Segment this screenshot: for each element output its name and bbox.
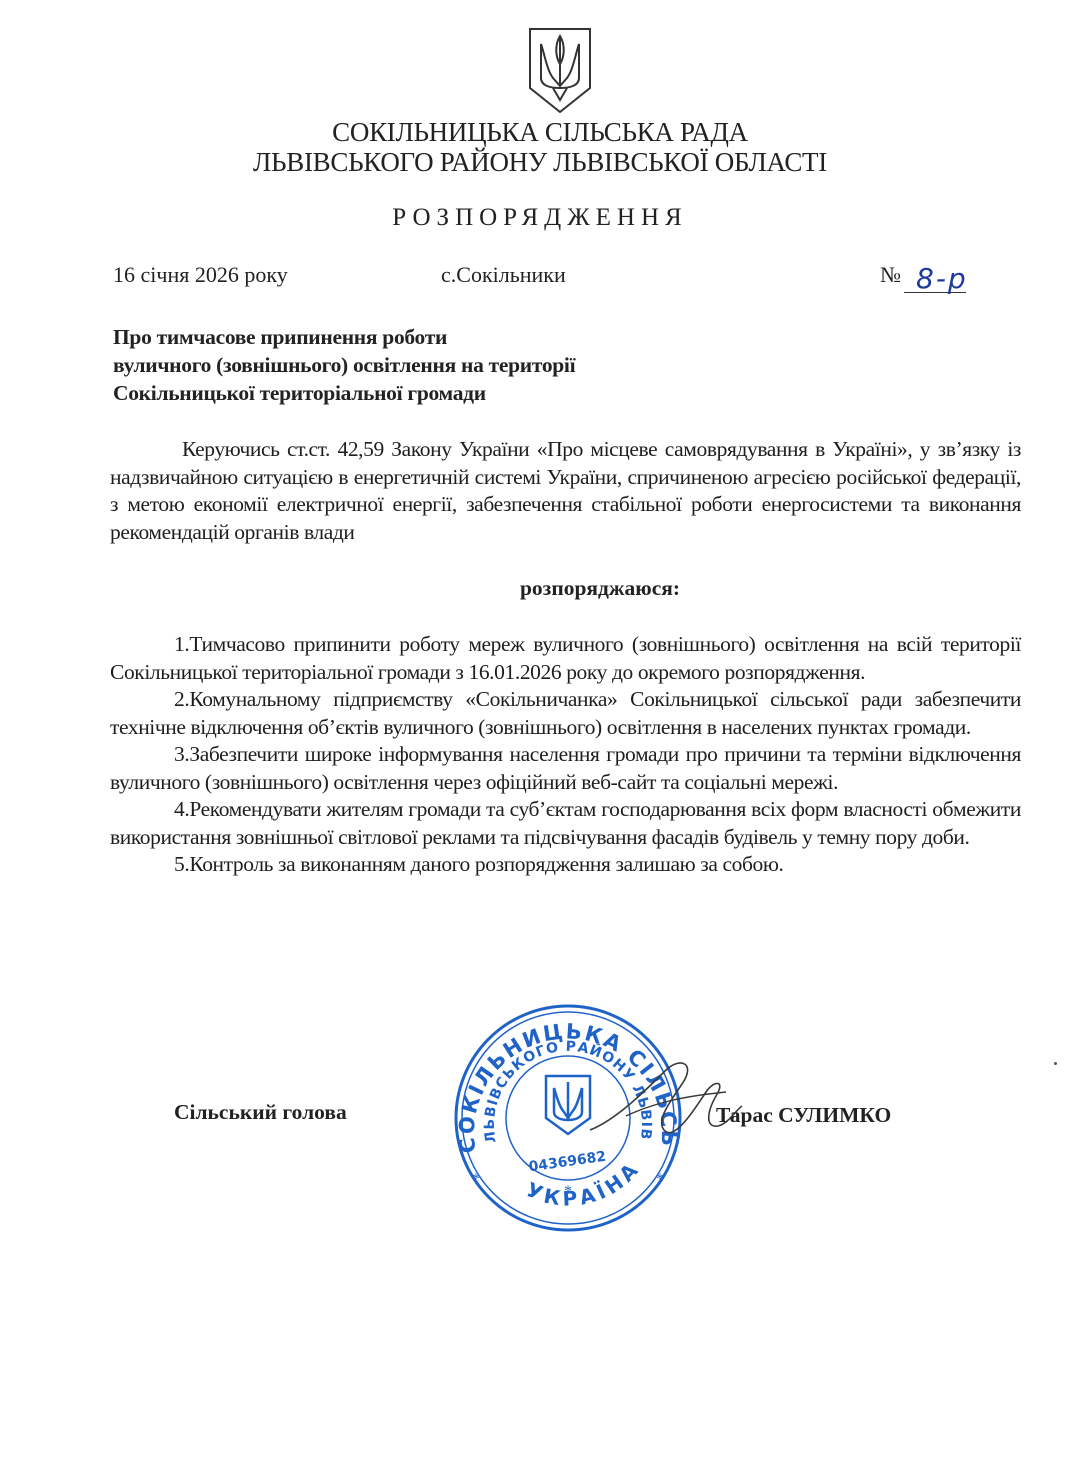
- decree-item: 4.Рекомендувати жителям громади та суб’є…: [110, 796, 1021, 851]
- document-number-handwritten: 8-р: [916, 262, 968, 295]
- decree-item: 3.Забезпечити широке інформування населе…: [110, 741, 1021, 796]
- scan-speck: [1054, 1062, 1057, 1065]
- council-name-line2: ЛЬВІВСЬКОГО РАЙОНУ ЛЬВІВСЬКОЇ ОБЛАСТІ: [0, 146, 1080, 178]
- preamble: Керуючись ст.ст. 42,59 Закону України «П…: [110, 436, 1021, 546]
- decree-item: 5.Контроль за виконанням даного розпоряд…: [110, 851, 1021, 879]
- decree-item: 2.Комунальному підприємству «Сокільничан…: [110, 686, 1021, 741]
- document-date: 16 січня 2026 року: [113, 262, 288, 288]
- svg-text:*: *: [564, 1183, 572, 1200]
- document-place: с.Сокільники: [441, 262, 566, 288]
- svg-text:*: *: [656, 1171, 664, 1188]
- handwritten-signature: [586, 1050, 746, 1150]
- council-name-line1: СОКІЛЬНИЦЬКА СІЛЬСЬКА РАДА: [0, 116, 1080, 148]
- signatory-name: Тарас СУЛИМКО: [716, 1103, 891, 1128]
- svg-text:04369682: 04369682: [528, 1149, 607, 1176]
- coat-of-arms-icon: [527, 26, 593, 114]
- decree-items: 1.Тимчасово припинити роботу мереж вулич…: [110, 631, 1021, 879]
- signatory-role: Сільський голова: [174, 1100, 347, 1125]
- decree-item: 1.Тимчасово припинити роботу мереж вулич…: [110, 631, 1021, 686]
- document-subject: Про тимчасове припинення роботи вуличног…: [113, 323, 575, 407]
- decree-word: розпоряджаюся:: [0, 576, 1080, 601]
- subject-line: Про тимчасове припинення роботи: [113, 323, 575, 351]
- svg-text:*: *: [472, 1171, 480, 1188]
- subject-line: вуличного (зовнішнього) освітлення на те…: [113, 351, 575, 379]
- subject-line: Сокільницької територіальної громади: [113, 379, 575, 407]
- document-number-label: №: [880, 262, 901, 288]
- document-type: РОЗПОРЯДЖЕННЯ: [0, 204, 1080, 232]
